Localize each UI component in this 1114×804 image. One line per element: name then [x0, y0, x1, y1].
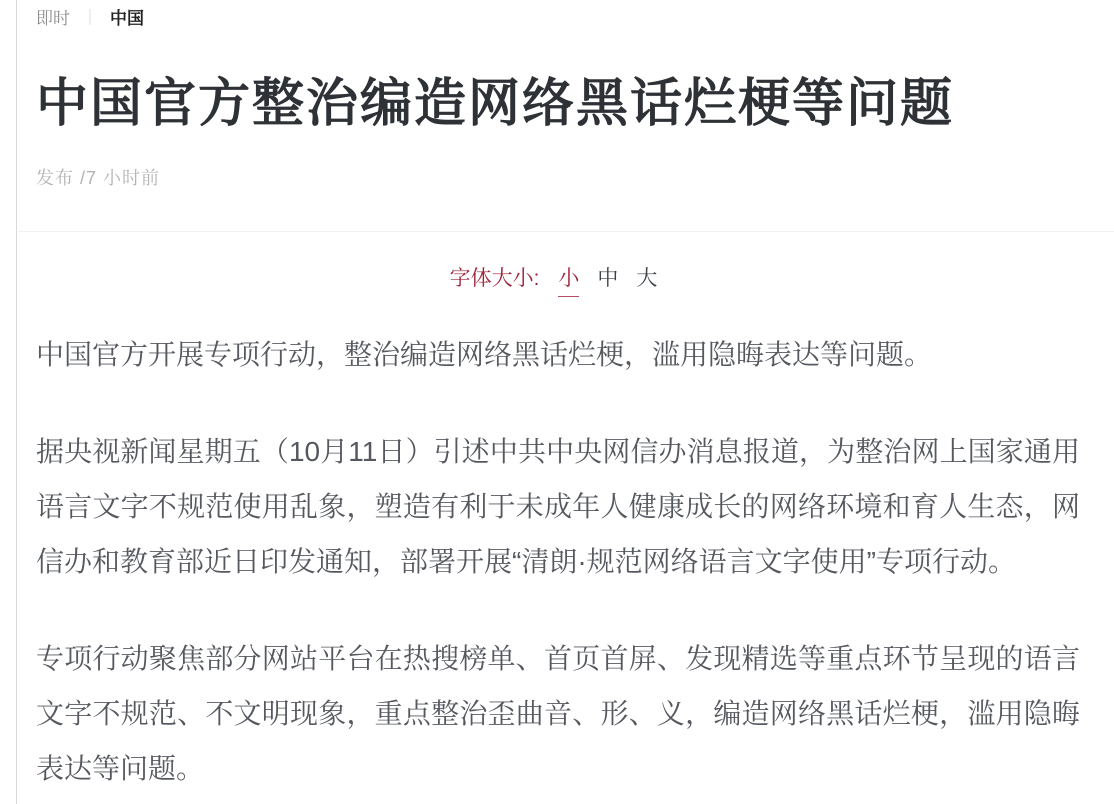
font-size-option-medium[interactable]: 中 — [597, 262, 618, 296]
font-size-label: 字体大小: — [450, 267, 540, 290]
breadcrumb-section-china[interactable]: 中国 — [110, 8, 144, 30]
font-size-selector: 字体大小:小中大 — [36, 262, 1080, 297]
article-content: 即时 ｜ 中国 中国官方整治编造网络黑话烂梗等问题 发布 /7 小时前 字体大小… — [0, 0, 1114, 796]
font-size-option-large[interactable]: 大 — [636, 262, 657, 296]
paragraph-3: 专项行动聚焦部分网站平台在热搜榜单、首页首屏、发现精选等重点环节呈现的语言文字不… — [36, 631, 1080, 796]
breadcrumb-section-instant[interactable]: 即时 — [36, 8, 70, 30]
article-title: 中国官方整治编造网络黑话烂梗等问题 — [36, 74, 1080, 134]
article-page: 即时 ｜ 中国 中国官方整治编造网络黑话烂梗等问题 发布 /7 小时前 字体大小… — [0, 0, 1114, 804]
breadcrumb: 即时 ｜ 中国 — [36, 8, 1080, 30]
paragraph-1: 中国官方开展专项行动，整治编造网络黑话烂梗，滥用隐晦表达等问题。 — [36, 327, 1080, 382]
publish-time: 发布 /7 小时前 — [36, 164, 1080, 190]
breadcrumb-separator: ｜ — [82, 8, 98, 30]
article-body: 中国官方开展专项行动，整治编造网络黑话烂梗，滥用隐晦表达等问题。 据央视新闻星期… — [36, 327, 1080, 796]
font-size-option-small[interactable]: 小 — [558, 262, 579, 297]
paragraph-2: 据央视新闻星期五（10月11日）引述中共中央网信办消息报道，为整治网上国家通用语… — [36, 424, 1080, 589]
